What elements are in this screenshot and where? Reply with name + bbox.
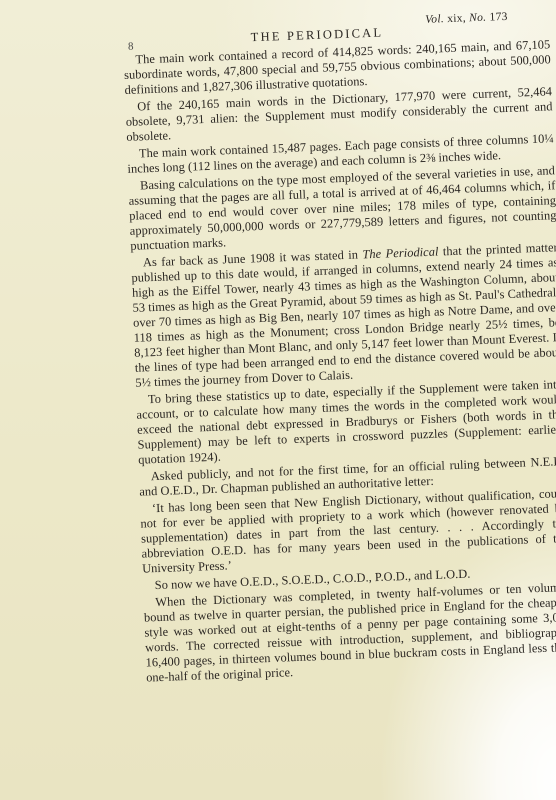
issue-number: 173 — [489, 11, 508, 24]
paragraph-update-statistics: To bring these statistics up to date, es… — [136, 377, 556, 468]
page-content: 8 THE PERIODICAL Vol. xix, No. 173 The m… — [40, 2, 556, 700]
paragraph-type-calculations: Basing calculations on the type most emp… — [128, 163, 556, 254]
volume-info: Vol. xix, No. 173 — [425, 11, 508, 26]
article-body: The main work contained a record of 414,… — [123, 37, 556, 687]
periodical-title: The Periodical — [362, 245, 438, 262]
paragraph-1908-comparison: As far back as June 1908 it was stated i… — [131, 240, 556, 391]
running-title: THE PERIODICAL — [251, 25, 384, 45]
paragraph-chapman-quote: ‘It has long been seen that New English … — [140, 486, 556, 577]
scanned-page: 8 THE PERIODICAL Vol. xix, No. 173 The m… — [0, 0, 556, 800]
volume-label: Vol. — [425, 13, 444, 26]
volume-number: xix, — [447, 12, 466, 25]
page-number: 8 — [128, 41, 134, 53]
issue-label: No. — [469, 12, 487, 25]
page-header: 8 THE PERIODICAL Vol. xix, No. 173 — [40, 2, 541, 46]
paragraph-pricing: When the Dictionary was completed, in tw… — [143, 580, 556, 686]
